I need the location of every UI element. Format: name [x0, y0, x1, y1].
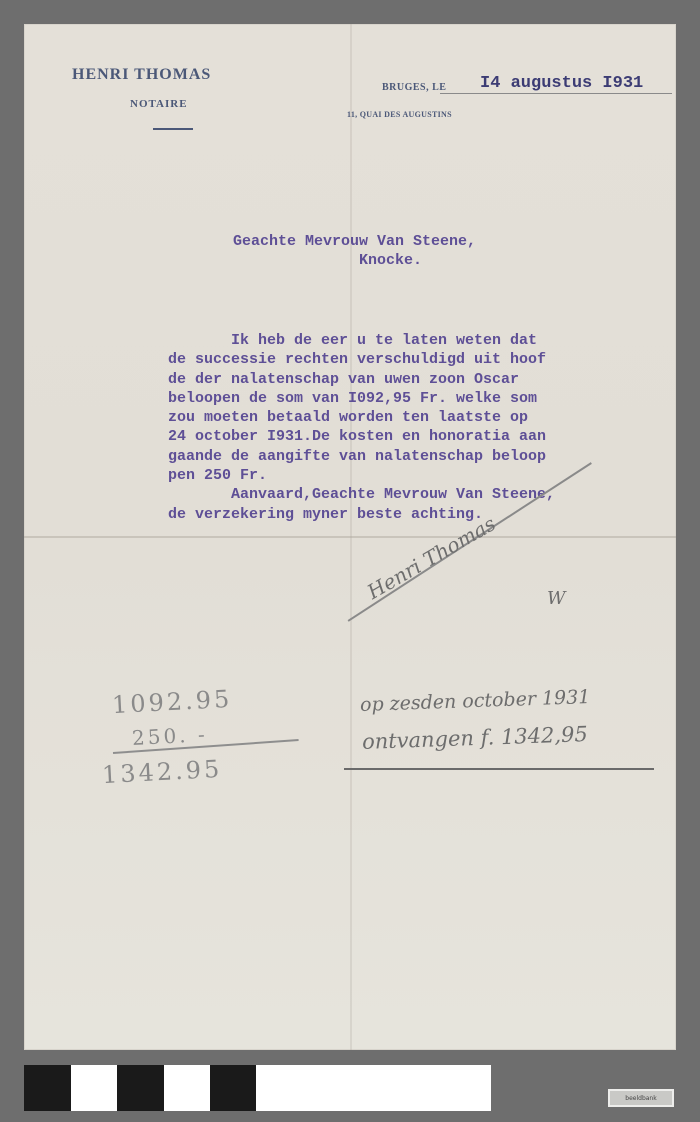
scale-swatch-white	[71, 1065, 117, 1111]
letterhead-address: 11, QUAI DES AUGUSTINS	[347, 110, 452, 119]
letter-body: Ik heb de eer u te laten weten dat de su…	[168, 331, 555, 524]
letterhead-name: HENRI THOMAS	[72, 66, 211, 84]
scale-swatch-black	[117, 1065, 164, 1111]
scale-swatch-black	[210, 1065, 256, 1111]
city-label: BRUGES, LE	[382, 82, 446, 93]
signature-mark: W	[547, 588, 566, 609]
date-underline	[440, 93, 672, 94]
letterhead-divider	[153, 128, 193, 130]
letter-date: I4 augustus I931	[480, 74, 643, 93]
scale-swatch-black	[24, 1065, 71, 1111]
archive-badge: beeldbank	[608, 1089, 674, 1107]
scale-bar	[24, 1065, 491, 1111]
receipt-underline	[344, 768, 654, 770]
scale-swatch-white	[164, 1065, 210, 1111]
paper-fold-vertical	[350, 24, 352, 1050]
salutation: Geachte Mevrouw Van Steene, Knocke.	[233, 232, 476, 271]
letterhead-title: NOTAIRE	[130, 98, 188, 110]
scale-swatch-white	[256, 1065, 491, 1111]
